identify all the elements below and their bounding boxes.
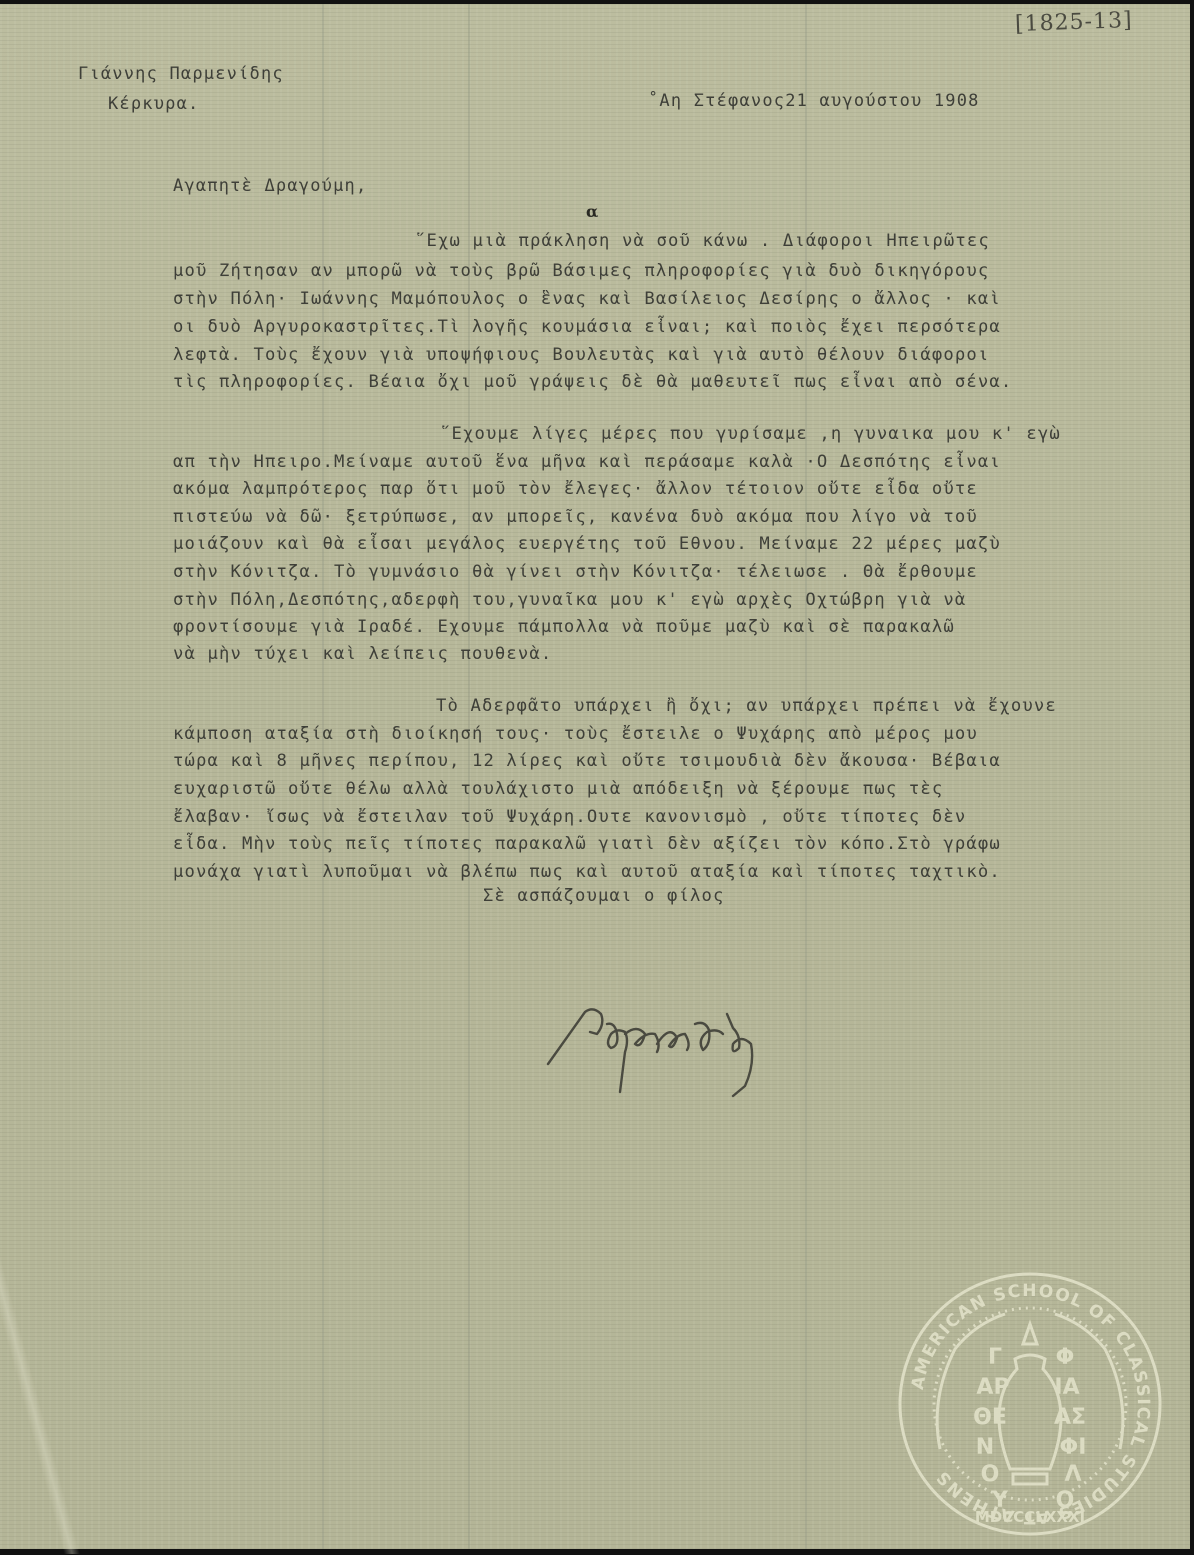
sender-place: Κέρκυρα. xyxy=(108,96,199,113)
svg-text:Υ: Υ xyxy=(991,1488,1009,1513)
svg-text:Ν: Ν xyxy=(976,1435,994,1460)
svg-text:AMERICAN SCHOOL OF CLASSICAL S: AMERICAN SCHOOL OF CLASSICAL STUDIES AT … xyxy=(908,1281,1153,1527)
letter-line: ῞Εχω μιὰ πράκληση νὰ σοῦ κάνω . Διάφοροι… xyxy=(415,231,990,251)
salutation: Αγαπητὲ Δραγούμη, xyxy=(173,178,367,195)
letter-line: μονάχα γιατὶ λυποῦμαι νὰ βλέπω πως καὶ α… xyxy=(173,862,1001,882)
letter-line: απ τὴν Ηπειρο.Μείναμε αυτοῦ ἕνα μῆνα καὶ… xyxy=(173,452,1001,472)
svg-text:ΑΡ: ΑΡ xyxy=(976,1375,1009,1400)
svg-text:ΦΙ: ΦΙ xyxy=(1060,1435,1087,1460)
letter-line: ευχαριστῶ οὔτε θέλω αλλὰ τουλάχιστο μιὰ … xyxy=(173,779,943,799)
institution-seal: AMERICAN SCHOOL OF CLASSICAL STUDIES AT … xyxy=(895,1269,1165,1539)
handwritten-correction: α xyxy=(586,204,600,220)
letter-page: [1825-13] Γιάννης Παρμενίδης Κέρκυρα. ˚Α… xyxy=(0,4,1190,1549)
letter-line: τώρα καὶ 8 μῆνες περίπου, 12 λίρες καὶ ο… xyxy=(173,751,1001,771)
letter-line: στὴν Πόλη· Ιωάννης Μαμόπουλος ο ἓνας καὶ… xyxy=(173,289,1001,309)
sender-name: Γιάννης Παρμενίδης xyxy=(78,66,284,83)
letter-line: Τὸ Αδερφᾶτο υπάρχει ἢ ὄχι; αν υπάρχει πρ… xyxy=(436,696,1057,716)
letter-line: μοιάζουν καὶ θὰ εἶσαι μεγάλος ευεργέτης … xyxy=(173,534,1001,554)
svg-text:Γ: Γ xyxy=(988,1345,1002,1370)
dateline: ˚Αη Στέφανος21 αυγούστου 1908 xyxy=(648,93,980,110)
letter-line: εἶδα. Μὴν τοὺς πεῖς τίποτες παρακαλῶ για… xyxy=(173,834,1001,854)
letter-line: νὰ μὴν τύχει καὶ λείπεις πουθενὰ. xyxy=(173,644,552,664)
handwritten-signature xyxy=(545,1004,795,1104)
letter-line: τὶς πληροφορίες. Βέαια ὄχι μοῦ γράψεις δ… xyxy=(173,372,1012,392)
svg-text:Φ: Φ xyxy=(1056,1345,1075,1370)
letter-line: λεφτὰ. Τοὺς ἔχουν γιὰ υποψήφιους Βουλευτ… xyxy=(173,345,989,365)
letter-line: ακόμα λαμπρότερος παρ ὅτι μοῦ τὸν ἔλεγες… xyxy=(173,479,978,499)
svg-text:ΙΑ: ΙΑ xyxy=(1054,1375,1079,1400)
svg-text:ΑΣ: ΑΣ xyxy=(1054,1405,1086,1430)
letter-line: ῞Εχουμε λίγες μέρες που γυρίσαμε ,η γυνα… xyxy=(440,424,1061,444)
letter-line: ἔλαβαν· ἴσως νὰ ἔστειλαν τοῦ Ψυχάρη.Ουτε… xyxy=(173,807,966,827)
paper-crease xyxy=(0,1254,80,1554)
svg-text:Λ: Λ xyxy=(1064,1462,1081,1487)
letter-line: οι δυὸ Αργυροκαστρῖτες.Τὶ λογῆς κουμάσια… xyxy=(173,317,1001,337)
letter-line: κάμποση αταξία στὴ διοίκησή τους· τοὺς ἔ… xyxy=(173,724,978,744)
paper-fold-line xyxy=(322,4,324,1549)
letter-line: πιστεύω νὰ δῶ· ξετρύπωσε, αν μπορεῖς, κα… xyxy=(173,507,978,527)
letter-line: στὴν Κόνιτζα. Τὸ γυμνάσιο θὰ γίνει στὴν … xyxy=(173,562,978,582)
letter-line: στὴν Πόλη,Δεσπότης,αδερφὴ του,γυναῖκα μο… xyxy=(173,590,966,610)
closing: Σὲ ασπάζουμαι ο φίλος xyxy=(483,886,724,906)
svg-text:Ο: Ο xyxy=(981,1462,1000,1487)
svg-text:Ο: Ο xyxy=(1056,1488,1075,1513)
archive-reference: [1825-13] xyxy=(1015,8,1133,37)
letter-line: μοῦ Ζήτησαν αν μπορῶ νὰ τοὺς βρῶ Βάσιμες… xyxy=(173,261,989,281)
letter-line: φροντίσουμε γιὰ Ιραδέ. Εχουμε πάμπολλα ν… xyxy=(173,617,955,637)
svg-text:ΘΕ: ΘΕ xyxy=(973,1405,1007,1430)
